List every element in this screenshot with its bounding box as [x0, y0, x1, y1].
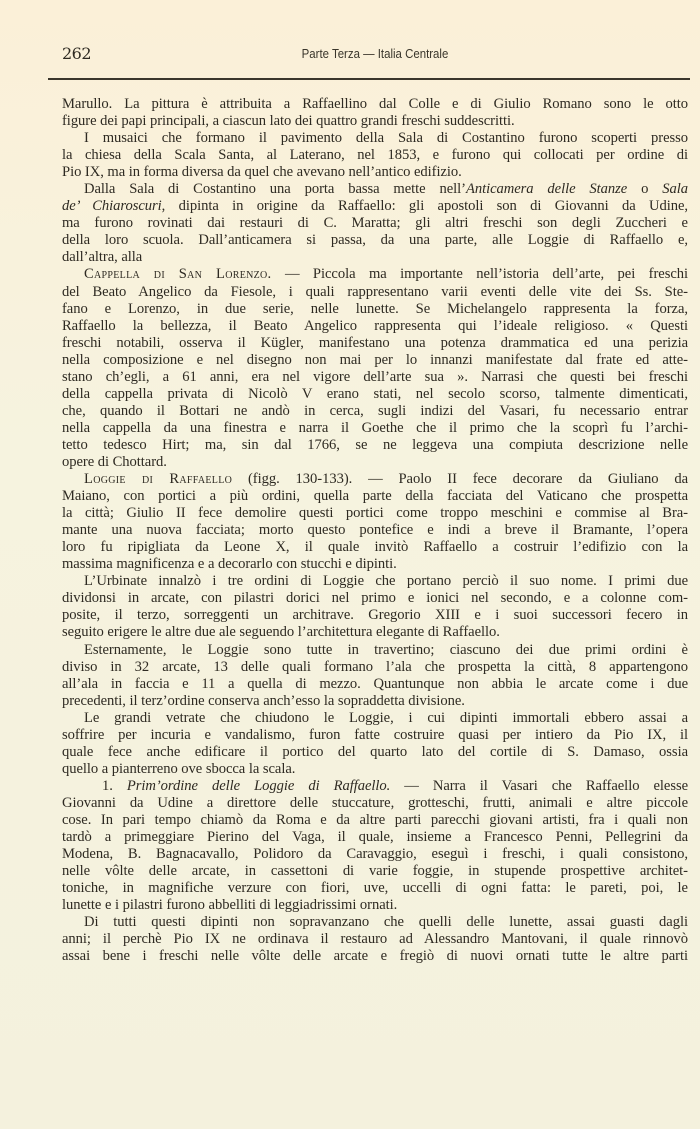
text-line: figure dei papi principali, a ciascun la… [62, 113, 688, 130]
text-line: Esternamente, le Loggie sono tutte in tr… [62, 642, 688, 659]
text-line: quello a pianterreno ove sbocca la scala… [62, 761, 688, 778]
text-line: soffrire per incuria e vandalismo, furon… [62, 727, 688, 744]
text-line: Dalla Sala di Costantino una porta bassa… [62, 181, 688, 198]
text-line: nella cappella da una finestra e narra i… [62, 420, 688, 437]
text-line: Maiano, con portici a più ordini, quella… [62, 488, 688, 505]
header-rule [48, 78, 690, 80]
text-line: toniche, in magnifiche verzure con fiori… [62, 880, 688, 897]
page-header: 262 Parte Terza — Italia Centrale [62, 44, 688, 66]
running-title: Parte Terza — Italia Centrale [100, 46, 651, 61]
text-line: nella composizione e nel disegno non mai… [62, 352, 688, 369]
text-line: opere di Chottard. [62, 454, 688, 471]
text-line: Giovanni da Udine a direttore delle stuc… [62, 795, 688, 812]
text-line: Di tutti questi dipinti non sopravanzano… [62, 914, 688, 931]
text-line: Raffaello la bellezza, il Beato Angelico… [62, 318, 688, 335]
page-number: 262 [62, 44, 91, 63]
text-line: del Beato Angelico da Fiesole, i quali r… [62, 284, 688, 301]
text-line: nelle vôlte delle arcate, in cassettoni … [62, 863, 688, 880]
text-line: dall’altra, alla [62, 249, 688, 266]
text-line: diviso in 32 arcate, 13 delle quali form… [62, 659, 688, 676]
text-line: L’Urbinate innalzò i tre ordini di Loggi… [62, 573, 688, 590]
text-line: la chiesa della Scala Santa, al Laterano… [62, 147, 688, 164]
text-line: ma furono rovinati dai restauri di C. Ma… [62, 215, 688, 232]
text-line: tetto tedesco Hirt; ma, sin dal 1766, se… [62, 437, 688, 454]
text-line: assai bene i freschi nelle vôlte delle a… [62, 948, 688, 965]
text-line: cose. In pari tempo chiamò da Roma e da … [62, 812, 688, 829]
text-line: loro fu ripigliata da Leone X, il quale … [62, 539, 688, 556]
text-line: freschi notabili, osserva il Kügler, man… [62, 335, 688, 352]
text-line: Pio IX, ma in forma diversa da quel che … [62, 164, 688, 181]
text-line: la città; Giulio II fece demolire questi… [62, 505, 688, 522]
text-line: massima magnificenza e a decorarlo con s… [62, 556, 688, 573]
text-line: tardò a primeggiare Pierino del Vaga, il… [62, 829, 688, 846]
text-line: de’ Chiaroscuri, dipinta in origine da R… [62, 198, 688, 215]
text-line: quale fece anche edificare il portico de… [62, 744, 688, 761]
text-line: stano ch’egli, a 61 anni, era nel vigore… [62, 369, 688, 386]
text-line: Loggie di Raffaello (figg. 130-133). — P… [62, 471, 688, 488]
text-line: lunette e i pilastri furono abbelliti di… [62, 897, 688, 914]
text-line: Cappella di San Lorenzo. — Piccola ma im… [62, 266, 688, 283]
text-line: della cappella privata di Nicolò V erano… [62, 386, 688, 403]
text-line: fano e Lorenzo, in due serie, nelle lune… [62, 301, 688, 318]
text-line: Le grandi vetrate che chiudono le Loggie… [62, 710, 688, 727]
text-line: precedenti, il terz’ordine conserva anch… [62, 693, 688, 710]
text-line: dividonsi in arcate, con pilastri dorici… [62, 590, 688, 607]
text-line: all’ala in faccia e 11 a quella di mezzo… [62, 676, 688, 693]
text-line: che, quando il Bottari ne andò in cerca,… [62, 403, 688, 420]
text-line: posite, il terzo, sorreggenti un architr… [62, 607, 688, 624]
body-text: Marullo. La pittura è attribuita a Raffa… [62, 96, 688, 965]
text-line: mante una nuova facciata; morto questo p… [62, 522, 688, 539]
text-line: della loro scuola. Dall’anticamera si pa… [62, 232, 688, 249]
text-line: Marullo. La pittura è attribuita a Raffa… [62, 96, 688, 113]
text-line: I musaici che formano il pavimento della… [62, 130, 688, 147]
text-line: seguito erigere le altre due ale seguend… [62, 624, 688, 641]
text-line: 1. Prim’ordine delle Loggie di Raffaello… [62, 778, 688, 795]
text-line: anni; il perchè Pio IX ne ordinava il re… [62, 931, 688, 948]
text-line: Modena, B. Bagnacavallo, Polidoro da Car… [62, 846, 688, 863]
